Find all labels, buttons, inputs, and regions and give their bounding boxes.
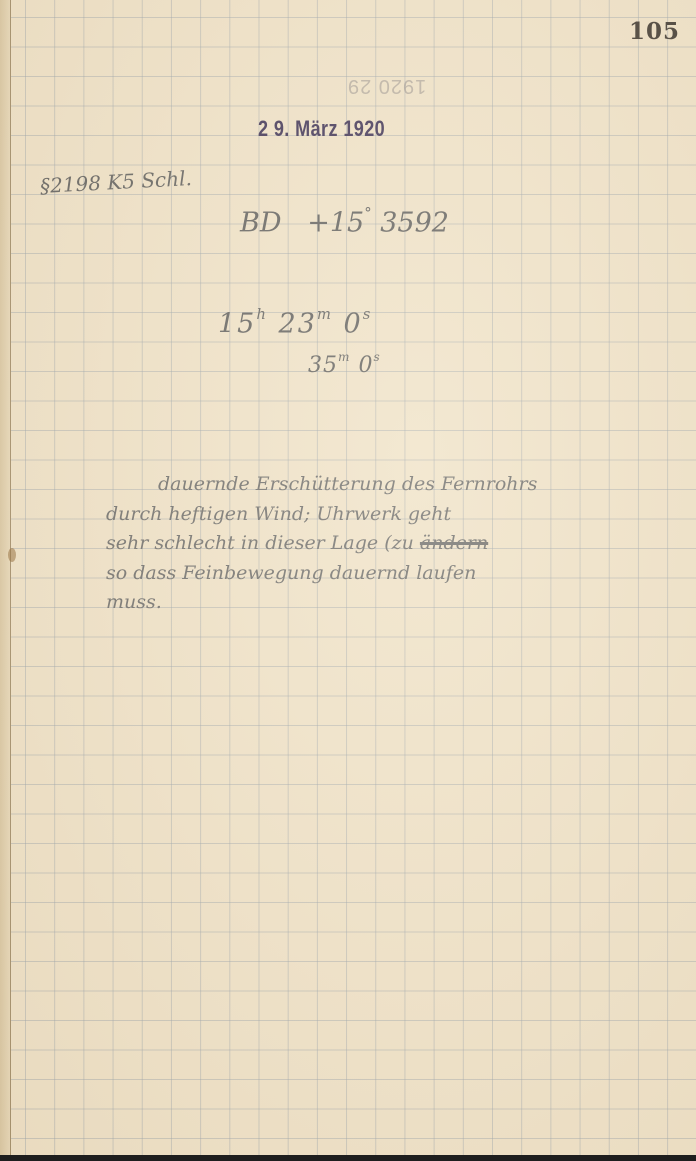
note-line-text: sehr schlecht in dieser Lage (zu: [106, 532, 414, 554]
ra2-seconds-unit: s: [373, 350, 380, 364]
ra-minutes: 23: [279, 308, 317, 339]
right-ascension-end: 35m 0s: [308, 350, 381, 378]
catalog-reference: §2198 K5 Schl.: [39, 166, 192, 198]
observation-note: dauernde Erschütterung des Fernrohrs dur…: [106, 470, 696, 618]
note-line: muss.: [106, 588, 696, 618]
page-number: 105: [629, 18, 680, 45]
bd-prefix: BD: [240, 207, 282, 238]
right-ascension-start: 15h 23m 0s: [218, 305, 372, 339]
ink-stain: [8, 548, 16, 562]
faint-mirrored-stamp: 1920 29: [347, 74, 426, 97]
ra2-minutes-unit: m: [338, 350, 350, 364]
bd-designation: BD +15° 3592: [240, 204, 449, 238]
ra-seconds: 0: [344, 308, 363, 339]
note-line: sehr schlecht in dieser Lage (zu ändern: [106, 529, 696, 559]
ra-seconds-unit: s: [363, 305, 373, 323]
bd-zone-degree: °: [364, 204, 371, 222]
note-line: so dass Feinbewegung dauernd laufen: [106, 559, 696, 589]
struck-word: ändern: [420, 532, 488, 554]
ra-hours: 15: [218, 308, 256, 339]
bd-zone: +15: [307, 207, 364, 238]
note-line: dauernde Erschütterung des Fernrohrs: [106, 470, 696, 500]
ra2-seconds: 0: [358, 353, 373, 378]
page-binding-edge: [0, 0, 11, 1155]
notebook-page: 105 1920 29 2 9. März 1920 §2198 K5 Schl…: [0, 0, 696, 1155]
ra-minutes-unit: m: [317, 305, 333, 323]
ra2-minutes: 35: [308, 353, 338, 378]
bd-number: 3592: [380, 207, 449, 238]
note-line: durch heftigen Wind; Uhrwerk geht: [106, 500, 696, 530]
date-stamp: 2 9. März 1920: [258, 116, 385, 142]
ra-hours-unit: h: [256, 305, 268, 323]
